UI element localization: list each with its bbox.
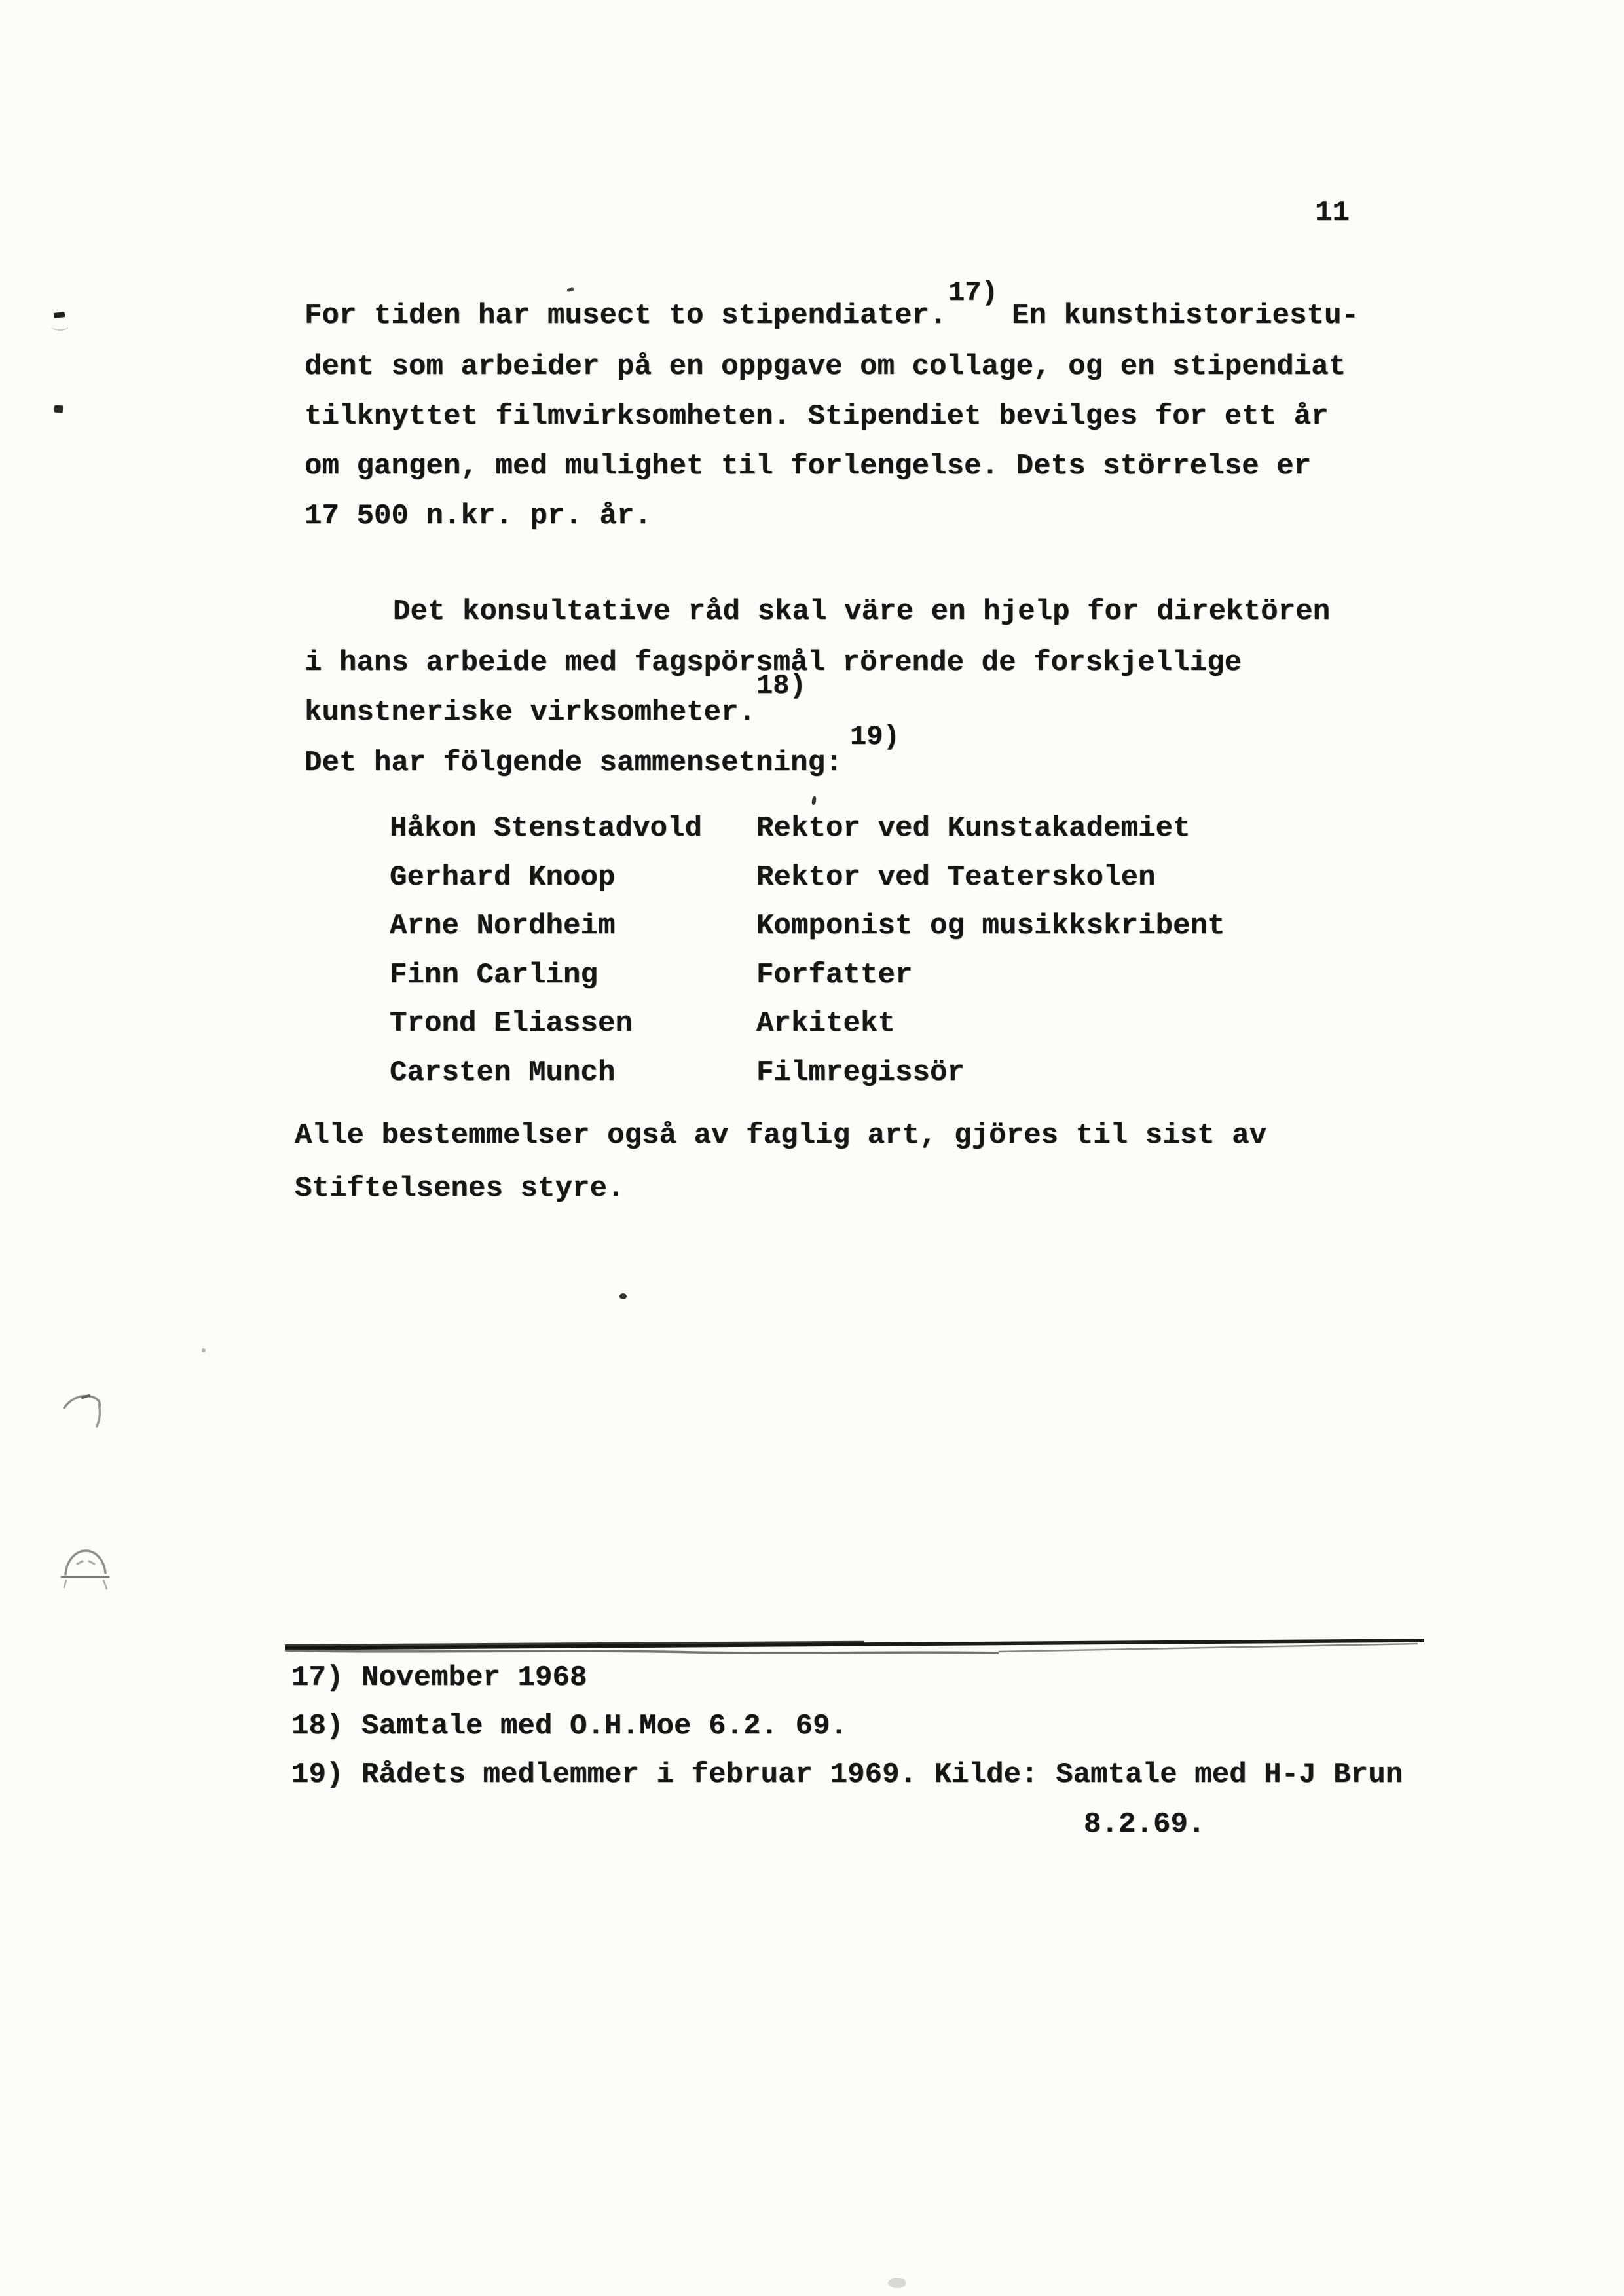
- member-name: Carsten Munch: [390, 1058, 616, 1087]
- stray-comma-mark: [811, 796, 817, 805]
- member-role: Rektor ved Kunstakademiet: [756, 814, 1190, 843]
- footnote-text: Samtale med O.H.Moe 6.2. 69.: [361, 1712, 847, 1741]
- footnote-label: 18): [291, 1712, 344, 1741]
- member-name: Gerhard Knoop: [390, 863, 616, 892]
- margin-dash-mark: [54, 312, 65, 318]
- footnote-ref-19: 19): [850, 722, 900, 751]
- edge-smudge: [888, 2278, 906, 2288]
- member-role: Filmregissör: [756, 1058, 965, 1087]
- page-number: 11: [1315, 198, 1350, 227]
- paragraph1-line5: 17 500 n.kr. pr. år.: [304, 502, 652, 530]
- paragraph1-line1: For tiden har musect to stipendiater.: [304, 301, 947, 330]
- footnote-label: 17): [291, 1663, 344, 1692]
- member-role: Forfatter: [756, 961, 913, 990]
- footnote-text: November 1968: [361, 1663, 587, 1692]
- member-name: Arne Nordheim: [390, 912, 616, 940]
- pencil-mark-dome: [58, 1540, 118, 1598]
- footnote-continuation: 8.2.69.: [1084, 1810, 1206, 1839]
- footnote-ref-17: 17): [948, 278, 998, 307]
- paragraph1-line3: tilknyttet filmvirksomheten. Stipendiet …: [304, 402, 1329, 431]
- footnote-text: Rådets medlemmer i februar 1969. Kilde: …: [361, 1760, 1403, 1789]
- stray-tick-mark: [567, 287, 574, 292]
- member-role: Arkitekt: [756, 1009, 895, 1038]
- member-role: Komponist og musikkskribent: [756, 912, 1225, 940]
- closing-line1: Alle bestemmelser også av faglig art, gj…: [295, 1121, 1266, 1150]
- footnote-ref-18: 18): [756, 671, 806, 700]
- member-name: Trond Eliassen: [390, 1009, 633, 1038]
- paragraph1-line4: om gangen, med mulighet til forlengelse.…: [304, 452, 1311, 481]
- closing-line2: Stiftelsenes styre.: [295, 1174, 625, 1203]
- member-role: Rektor ved Teaterskolen: [756, 863, 1156, 892]
- pencil-mark-squiggle: [60, 1387, 115, 1434]
- margin-dash-underline: [51, 322, 69, 331]
- member-name: Finn Carling: [390, 961, 598, 990]
- margin-dot-mark: [54, 405, 64, 413]
- paragraph2-line4: Det har fölgende sammensetning:: [304, 749, 843, 777]
- paragraph1-line2: dent som arbeider på en oppgave om colla…: [304, 352, 1346, 381]
- member-name: Håkon Stenstadvold: [390, 814, 702, 843]
- footnote-label: 19): [291, 1760, 344, 1789]
- scanned-document-page: 11 For tiden har musect to stipendiater.…: [0, 0, 1624, 2296]
- ink-speck: [619, 1293, 627, 1299]
- paragraph2-line1: Det konsultative råd skal väre en hjelp …: [393, 597, 1330, 626]
- paragraph1-line1b: En kunsthistoriestu-: [1012, 301, 1359, 330]
- paragraph2-line3: kunstneriske virksomheter.: [304, 698, 756, 727]
- scan-speck: [202, 1348, 206, 1352]
